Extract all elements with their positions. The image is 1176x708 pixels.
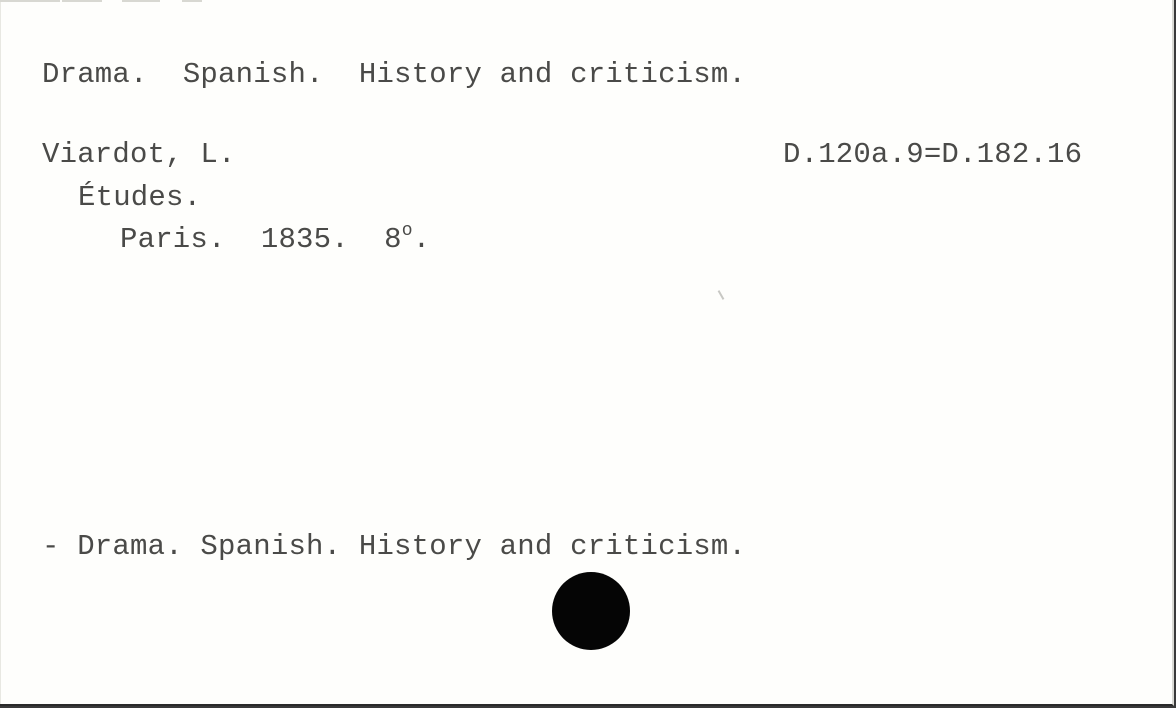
- imprint-format: 8o.: [384, 225, 430, 254]
- title-entry: Études.: [78, 183, 201, 212]
- subject-tracing: - Drama. Spanish. History and criticism.: [42, 532, 746, 561]
- format-superscript: o: [402, 221, 413, 241]
- card-top-edge: [0, 0, 1172, 2]
- paper-mark: [718, 290, 725, 300]
- call-number: D.120a.9=D.182.16: [783, 140, 1082, 169]
- imprint-place: Paris.: [120, 225, 226, 254]
- subject-heading: Drama. Spanish. History and criticism.: [42, 60, 746, 89]
- format-suffix: .: [413, 223, 431, 256]
- format-number: 8: [384, 223, 402, 256]
- author-entry: Viardot, L.: [42, 140, 236, 169]
- catalog-card: Drama. Spanish. History and criticism. V…: [0, 0, 1174, 706]
- imprint-year: 1835.: [261, 225, 349, 254]
- imprint: Paris. 1835. 8o.: [120, 225, 430, 254]
- punch-hole: [552, 572, 630, 650]
